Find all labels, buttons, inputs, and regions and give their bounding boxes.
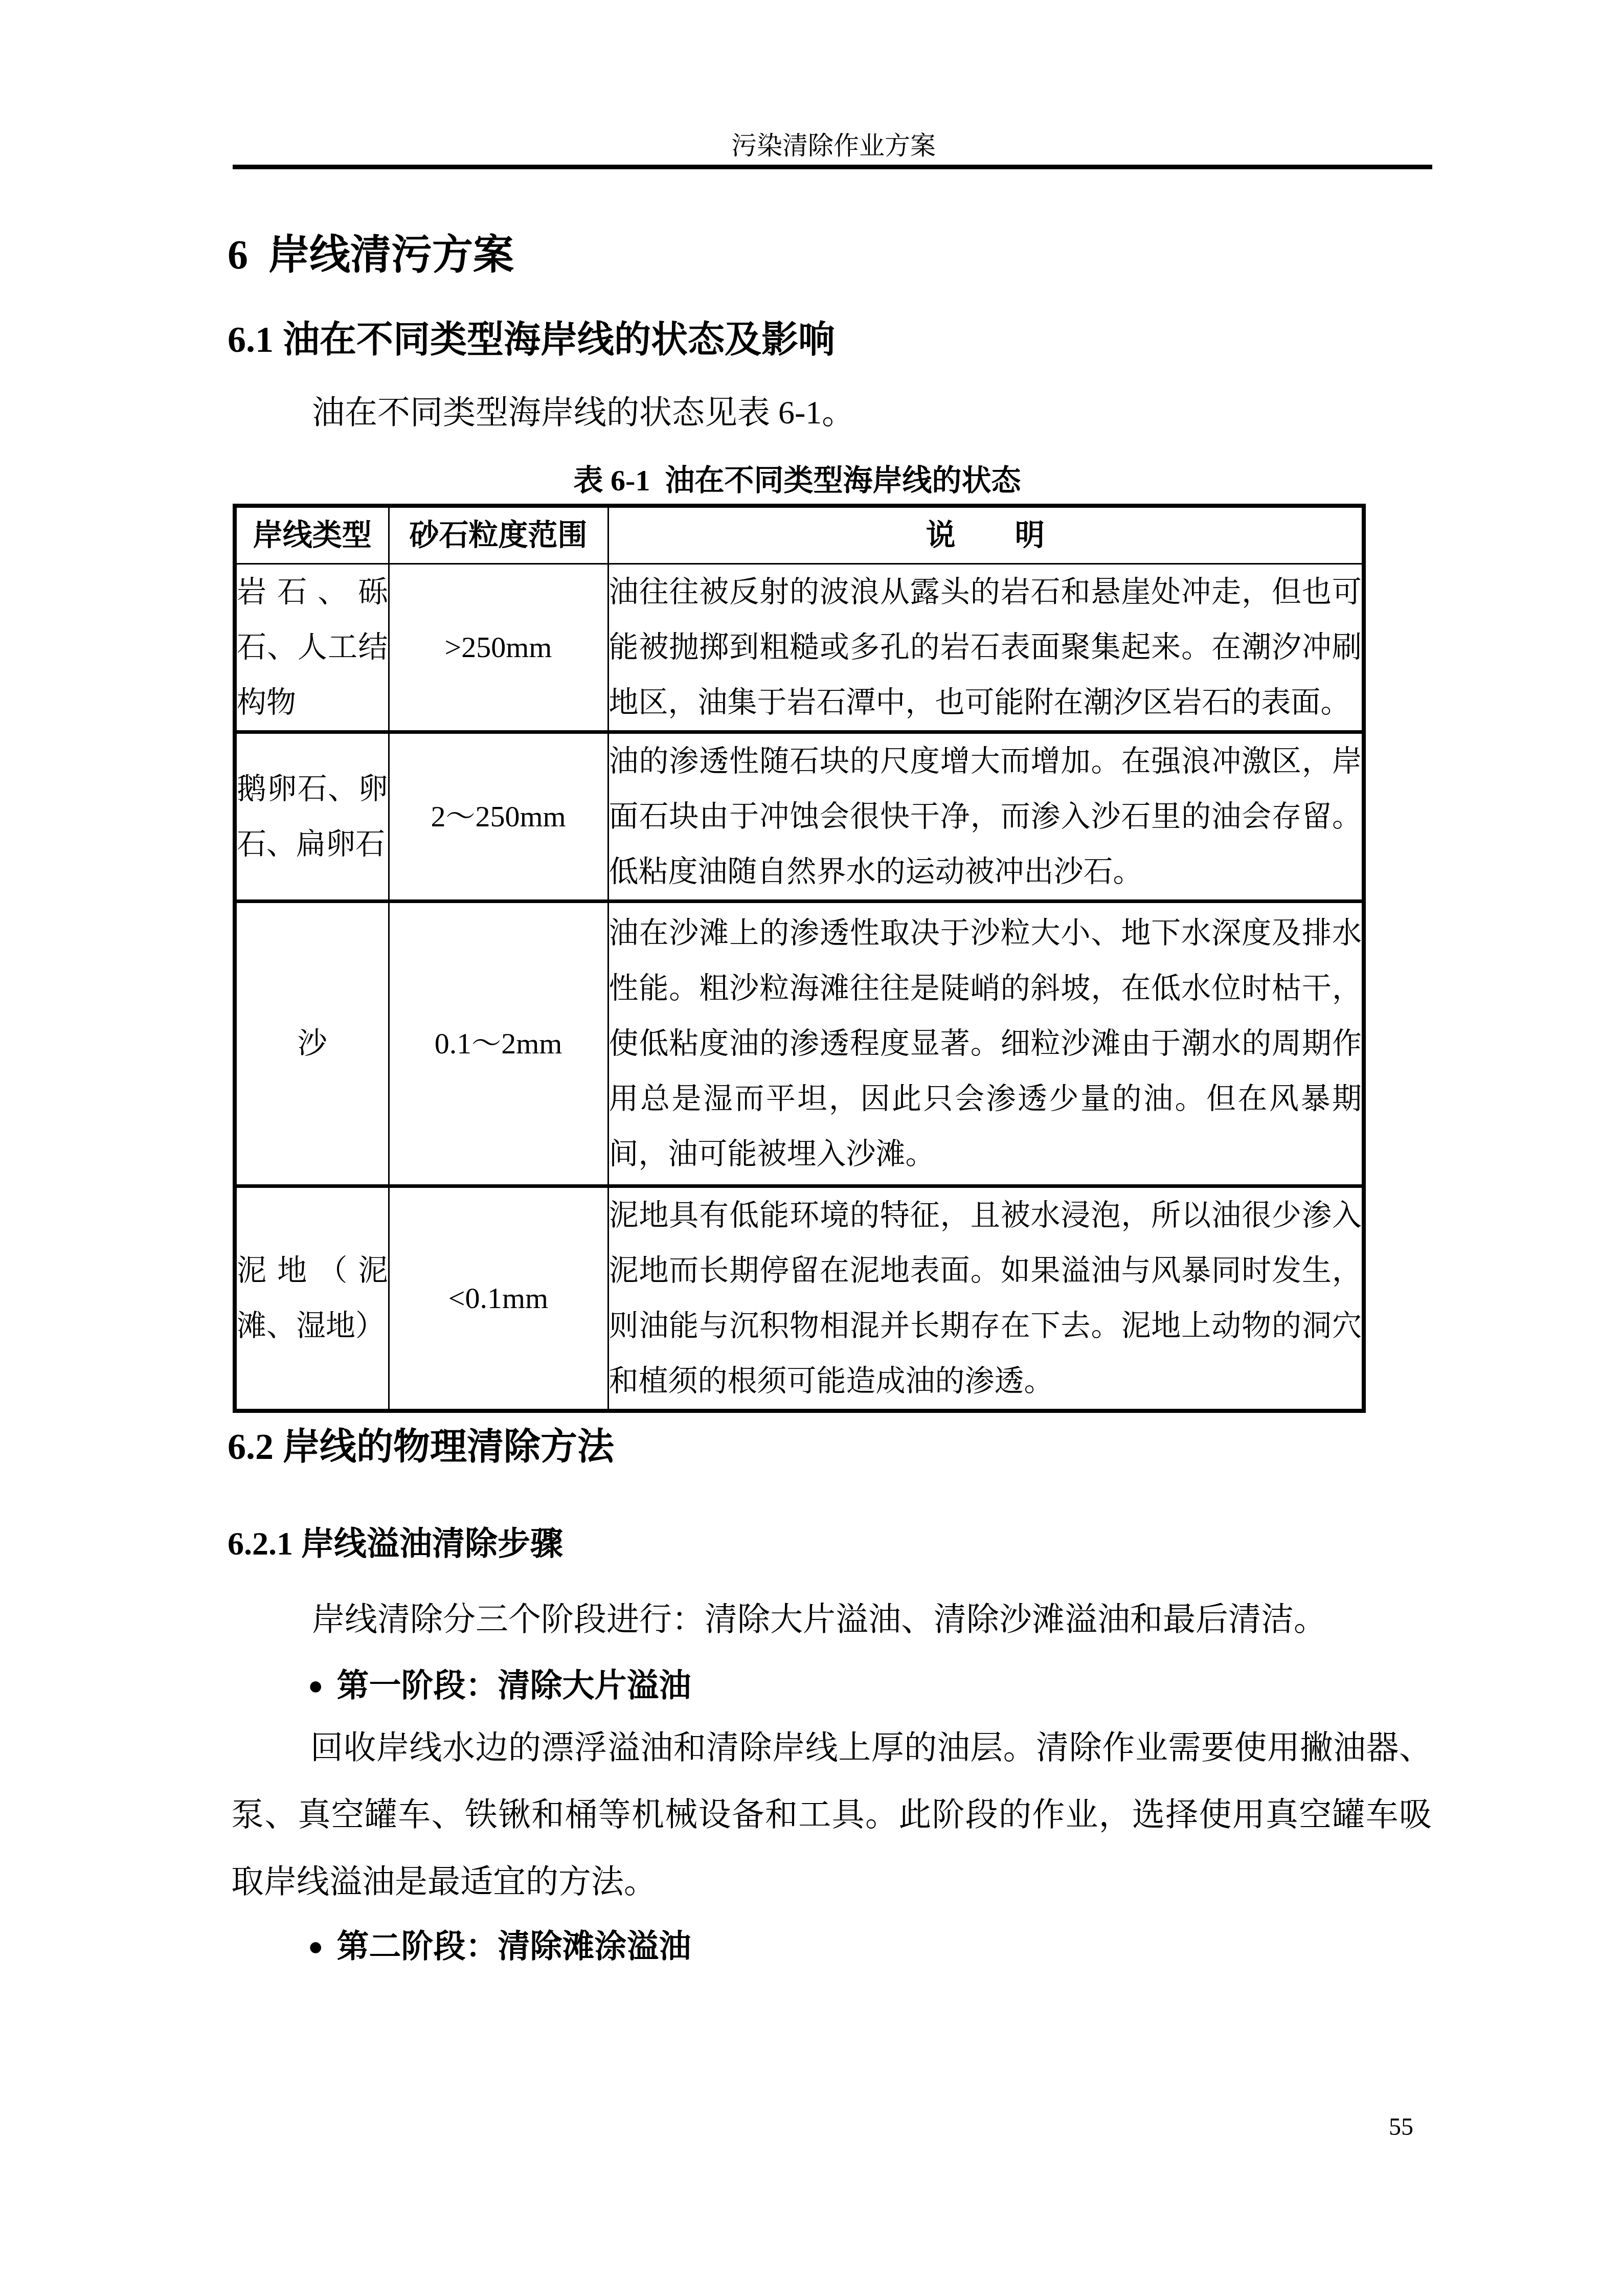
heading-section-6-2-1: 6.2.1 岸线溢油清除步骤: [228, 1526, 563, 1562]
stages-paragraph: 岸线清除分三个阶段进行：清除大片溢油、清除沙滩溢油和最后清洁。: [231, 1602, 1432, 1637]
heading-section-6-1: 6.1 油在不同类型海岸线的状态及影响: [228, 320, 835, 360]
table-header-row: 岸线类型 砂石粒度范围 说 明: [235, 506, 1364, 564]
column-header-grain-size: 砂石粒度范围: [389, 506, 608, 564]
bullet-stage-2: ●第二阶段：清除滩涂溢油: [308, 1929, 691, 1964]
heading-section-6-2: 6.2 岸线的物理清除方法: [228, 1427, 614, 1467]
heading-section-6: 6 岸线清污方案: [228, 233, 514, 278]
bullet-stage-2-label: 第二阶段：清除滩涂溢油: [336, 1928, 691, 1964]
cell-grain-size: 2～250mm: [389, 732, 608, 902]
cell-shoreline-type: 泥地（泥滩、湿地）: [235, 1186, 389, 1411]
cell-description: 油的渗透性随石块的尺度增大而增加。在强浪冲激区，岸面石块由于冲蚀会很快干净，而渗…: [608, 732, 1364, 902]
column-header-description: 说 明: [608, 506, 1364, 564]
table-row-rock: 岩石、砾石、人工结构物 >250mm 油往往被反射的波浪从露头的岩石和悬崖处冲走…: [235, 564, 1364, 732]
cell-description: 油在沙滩上的渗透性取决于沙粒大小、地下水深度及排水性能。粗沙粒海滩往往是陡峭的斜…: [608, 902, 1364, 1186]
cell-grain-size: >250mm: [389, 564, 608, 732]
cell-shoreline-type: 鹅卵石、卵石、扁卵石: [235, 732, 389, 902]
cell-description: 油往往被反射的波浪从露头的岩石和悬崖处冲走，但也可能被抛掷到粗糙或多孔的岩石表面…: [608, 564, 1364, 732]
bullet-stage-1: ●第一阶段：清除大片溢油: [308, 1668, 691, 1703]
stage-1-body-paragraph: 回收岸线水边的漂浮溢油和清除岸线上厚的油层。清除作业需要使用撇油器、泵、真空罐车…: [231, 1714, 1432, 1915]
header-rule: [233, 165, 1432, 169]
bullet-dot-icon: ●: [308, 1932, 323, 1961]
table-row-cobble: 鹅卵石、卵石、扁卵石 2～250mm 油的渗透性随石块的尺度增大而增加。在强浪冲…: [235, 732, 1364, 902]
bullet-stage-1-label: 第一阶段：清除大片溢油: [336, 1668, 691, 1703]
table-row-sand: 沙 0.1～2mm 油在沙滩上的渗透性取决于沙粒大小、地下水深度及排水性能。粗沙…: [235, 902, 1364, 1186]
document-page: 污染清除作业方案 6 岸线清污方案 6.1 油在不同类型海岸线的状态及影响 油在…: [0, 0, 1623, 2296]
cell-grain-size: 0.1～2mm: [389, 902, 608, 1186]
table-row-mud: 泥地（泥滩、湿地） <0.1mm 泥地具有低能环境的特征，且被水浸泡，所以油很少…: [235, 1186, 1364, 1411]
bullet-dot-icon: ●: [308, 1671, 323, 1700]
cell-grain-size: <0.1mm: [389, 1186, 608, 1411]
column-header-shoreline-type: 岸线类型: [235, 506, 389, 564]
table-caption: 表 6-1 油在不同类型海岸线的状态: [233, 464, 1362, 497]
cell-shoreline-type: 岩石、砾石、人工结构物: [235, 564, 389, 732]
page-number: 55: [1389, 2114, 1413, 2141]
intro-paragraph: 油在不同类型海岸线的状态见表 6-1。: [312, 395, 854, 431]
shoreline-oil-table: 岸线类型 砂石粒度范围 说 明 岩石、砾石、人工结构物 >250mm 油往往被反…: [233, 504, 1366, 1413]
cell-description: 泥地具有低能环境的特征，且被水浸泡，所以油很少渗入泥地而长期停留在泥地表面。如果…: [608, 1186, 1364, 1411]
cell-shoreline-type: 沙: [235, 902, 389, 1186]
running-header: 污染清除作业方案: [0, 132, 1623, 160]
